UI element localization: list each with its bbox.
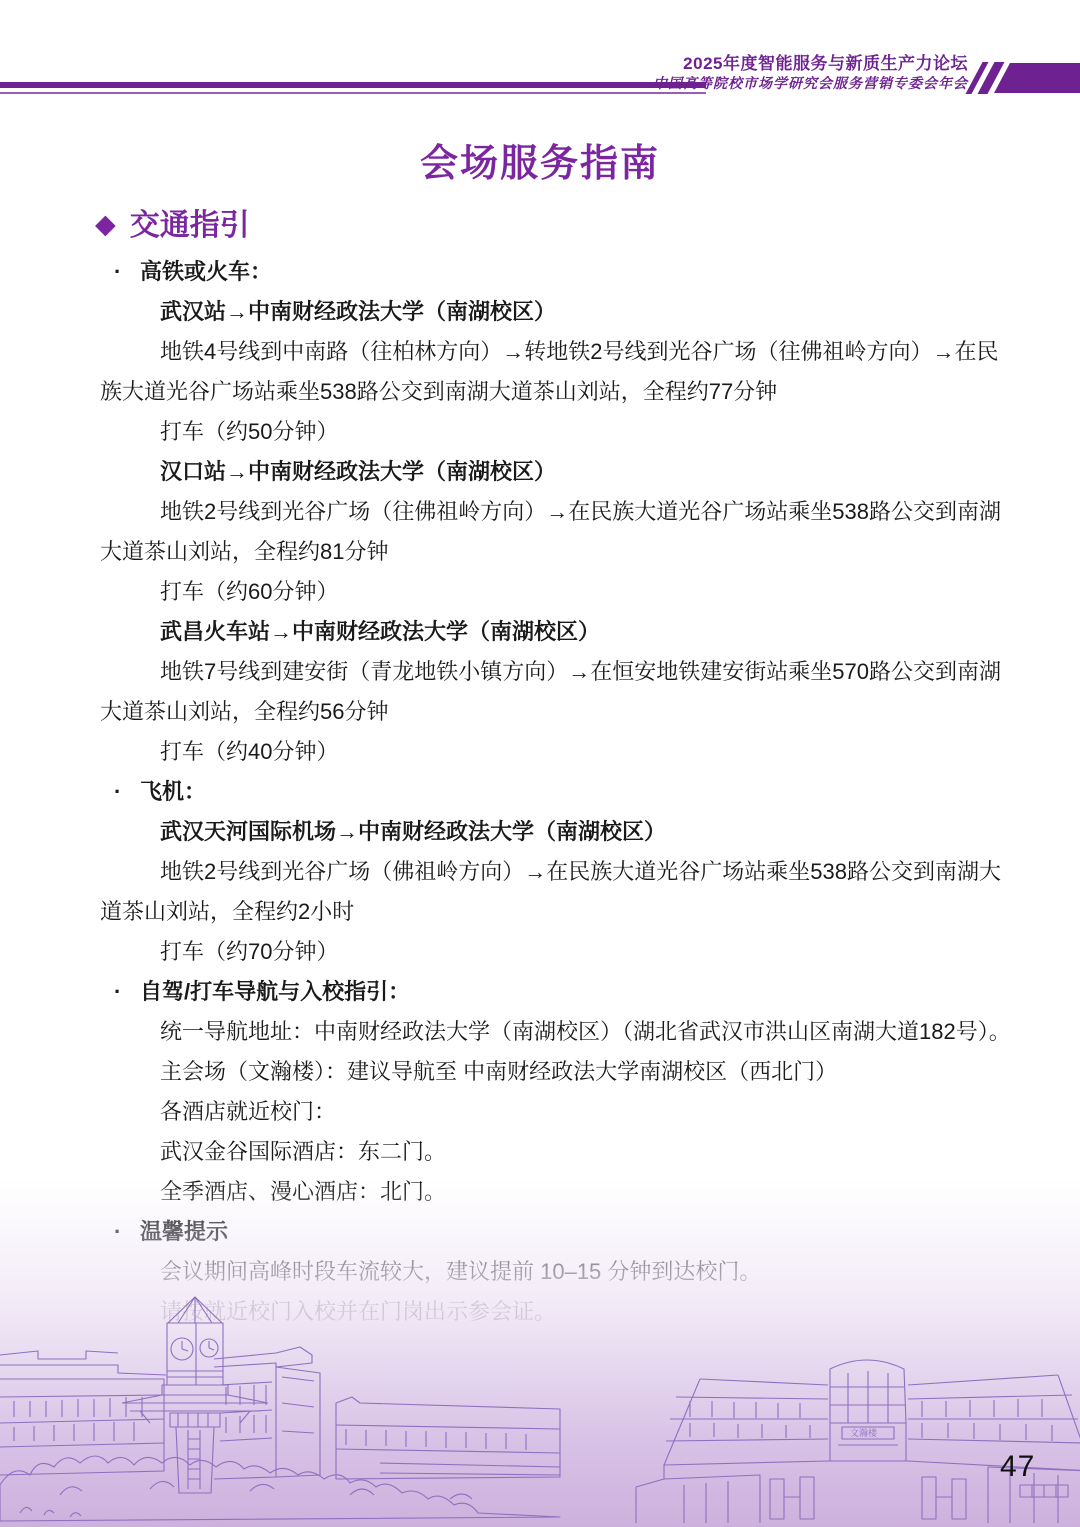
content-line-para: 打车（约50分钟） — [100, 412, 1020, 452]
content-line-para: 打车（约60分钟） — [100, 572, 1020, 612]
banner-title: 2025年度智能服务与新质生产力论坛 — [653, 55, 968, 74]
content-line-para: 地铁7号线到建安街（青龙地铁小镇方向）→在恒安地铁建安街站乘坐570路公交到南湖… — [100, 652, 1020, 732]
content-line-heading: 武汉站→中南财经政法大学（南湖校区） — [160, 292, 1020, 332]
banner-text: 2025年度智能服务与新质生产力论坛 中国高等院校市场学研究会服务营销专委会年会 — [653, 55, 968, 92]
page-title: 会场服务指南 — [0, 132, 1080, 187]
banner-subtitle: 中国高等院校市场学研究会服务营销专委会年会 — [653, 77, 968, 92]
document-page: { "banner": { "title": "2025年度智能服务与新质生产力… — [0, 0, 1080, 1527]
content-line-para: 地铁2号线到光谷广场（佛祖岭方向）→在民族大道光谷广场站乘坐538路公交到南湖大… — [100, 852, 1020, 932]
content-line-para: 各酒店就近校门： — [100, 1092, 1020, 1132]
content-line-para: 打车（约70分钟） — [100, 932, 1020, 972]
banner-rule-thin — [0, 92, 706, 94]
bullet-marker-icon: · — [114, 252, 121, 292]
content-line-para: 统一导航地址：中南财经政法大学（南湖校区）（湖北省武汉市洪山区南湖大道182号）… — [100, 1012, 1020, 1052]
content-line-para: 主会场（文瀚楼）：建议导航至 中南财经政法大学南湖校区（西北门） — [100, 1052, 1020, 1092]
content-line-heading: 汉口站→中南财经政法大学（南湖校区） — [160, 452, 1020, 492]
content-line-heading: 武昌火车站→中南财经政法大学（南湖校区） — [160, 612, 1020, 652]
content-line-para: 地铁2号线到光谷广场（往佛祖岭方向）→在民族大道光谷广场站乘坐538路公交到南湖… — [100, 492, 1020, 572]
section-title: 交通指引 — [130, 209, 250, 242]
section-header: ◆交通指引 — [95, 200, 250, 244]
banner-rule-thick — [0, 82, 706, 88]
banner-corner-block — [994, 63, 1080, 93]
content-line-heading: 武汉天河国际机场→中南财经政法大学（南湖校区） — [160, 812, 1020, 852]
bullet-marker-icon: · — [114, 772, 121, 812]
sketch-building-label: 文瀚楼 — [850, 1427, 878, 1438]
content-line-para: 打车（约40分钟） — [100, 732, 1020, 772]
content-list: ·高铁或火车：武汉站→中南财经政法大学（南湖校区）地铁4号线到中南路（往柏林方向… — [100, 252, 1020, 1332]
bullet-marker-icon: · — [114, 972, 121, 1012]
diamond-icon: ◆ — [95, 209, 116, 239]
content-line-bullet: ·自驾/打车导航与入校指引： — [100, 972, 1020, 1012]
content-line-para: 武汉金谷国际酒店：东二门。 — [100, 1132, 1020, 1172]
page-number: 47 — [1000, 1450, 1035, 1484]
campus-sketch-illustration: 文瀚楼 — [0, 1227, 1080, 1527]
content-line-para: 地铁4号线到中南路（往柏林方向）→转地铁2号线到光谷广场（往佛祖岭方向）→在民族… — [100, 332, 1020, 412]
content-line-bullet: ·飞机： — [100, 772, 1020, 812]
content-line-bullet: ·高铁或火车： — [100, 252, 1020, 292]
